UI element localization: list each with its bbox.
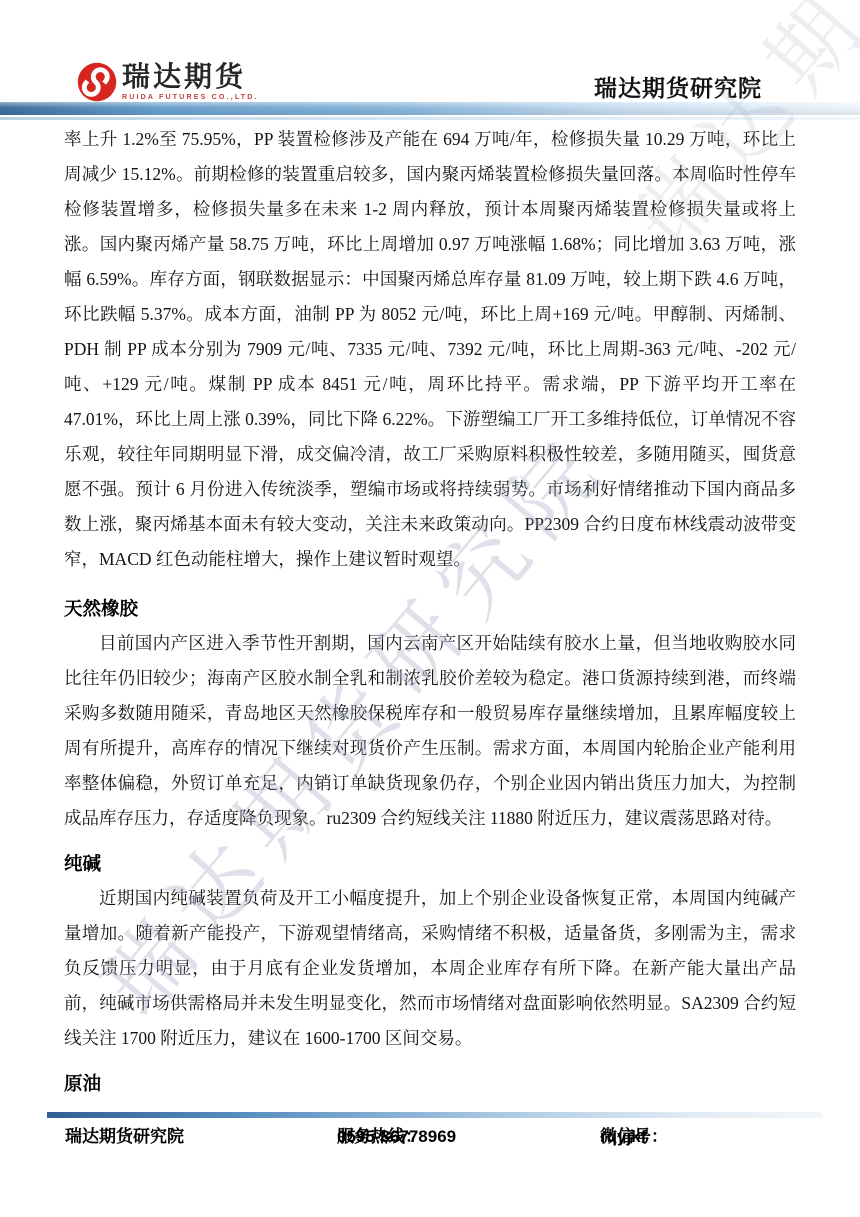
section-heading-natural-rubber: 天然橡胶 bbox=[64, 591, 796, 626]
company-logo: 瑞达期货 RUIDA FUTURES CO.,LTD. bbox=[76, 61, 259, 103]
ruida-logo-icon bbox=[76, 61, 118, 103]
footer-institute: 瑞达期货研究院 bbox=[65, 1122, 184, 1152]
footer: 瑞达期货研究院 服务热线：0595-86778969 微信号：rqyjkf bbox=[0, 1122, 860, 1154]
document-page: 瑞达期货研究院 瑞达期货研究院 瑞达期货 RUIDA FUTURES CO.,L… bbox=[0, 0, 860, 1217]
report-body: 率上升 1.2%至 75.95%，PP 装置检修涉及产能在 694 万吨/年，检… bbox=[64, 122, 796, 1101]
logo-text-block: 瑞达期货 RUIDA FUTURES CO.,LTD. bbox=[122, 61, 259, 101]
footer-divider-bar bbox=[47, 1112, 822, 1118]
header-divider-bar bbox=[0, 102, 860, 115]
footer-hotline-number: 0595-86778969 bbox=[337, 1122, 456, 1152]
header-divider-shadow bbox=[0, 117, 860, 120]
footer-wechat-id: rqyjkf bbox=[600, 1122, 646, 1152]
logo-company-subtitle: RUIDA FUTURES CO.,LTD. bbox=[122, 94, 259, 101]
paragraph-pp-continuation: 率上升 1.2%至 75.95%，PP 装置检修涉及产能在 694 万吨/年，检… bbox=[64, 122, 796, 577]
header-institute-title: 瑞达期货研究院 bbox=[594, 70, 762, 103]
section-heading-crude-oil: 原油 bbox=[64, 1066, 796, 1101]
paragraph-natural-rubber: 目前国内产区进入季节性开割期，国内云南产区开始陆续有胶水上量，但当地收购胶水同比… bbox=[64, 626, 796, 836]
paragraph-soda-ash: 近期国内纯碱装置负荷及开工小幅度提升，加上个别企业设备恢复正常，本周国内纯碱产量… bbox=[64, 881, 796, 1056]
logo-company-name: 瑞达期货 bbox=[122, 61, 259, 93]
section-heading-soda-ash: 纯碱 bbox=[64, 846, 796, 881]
